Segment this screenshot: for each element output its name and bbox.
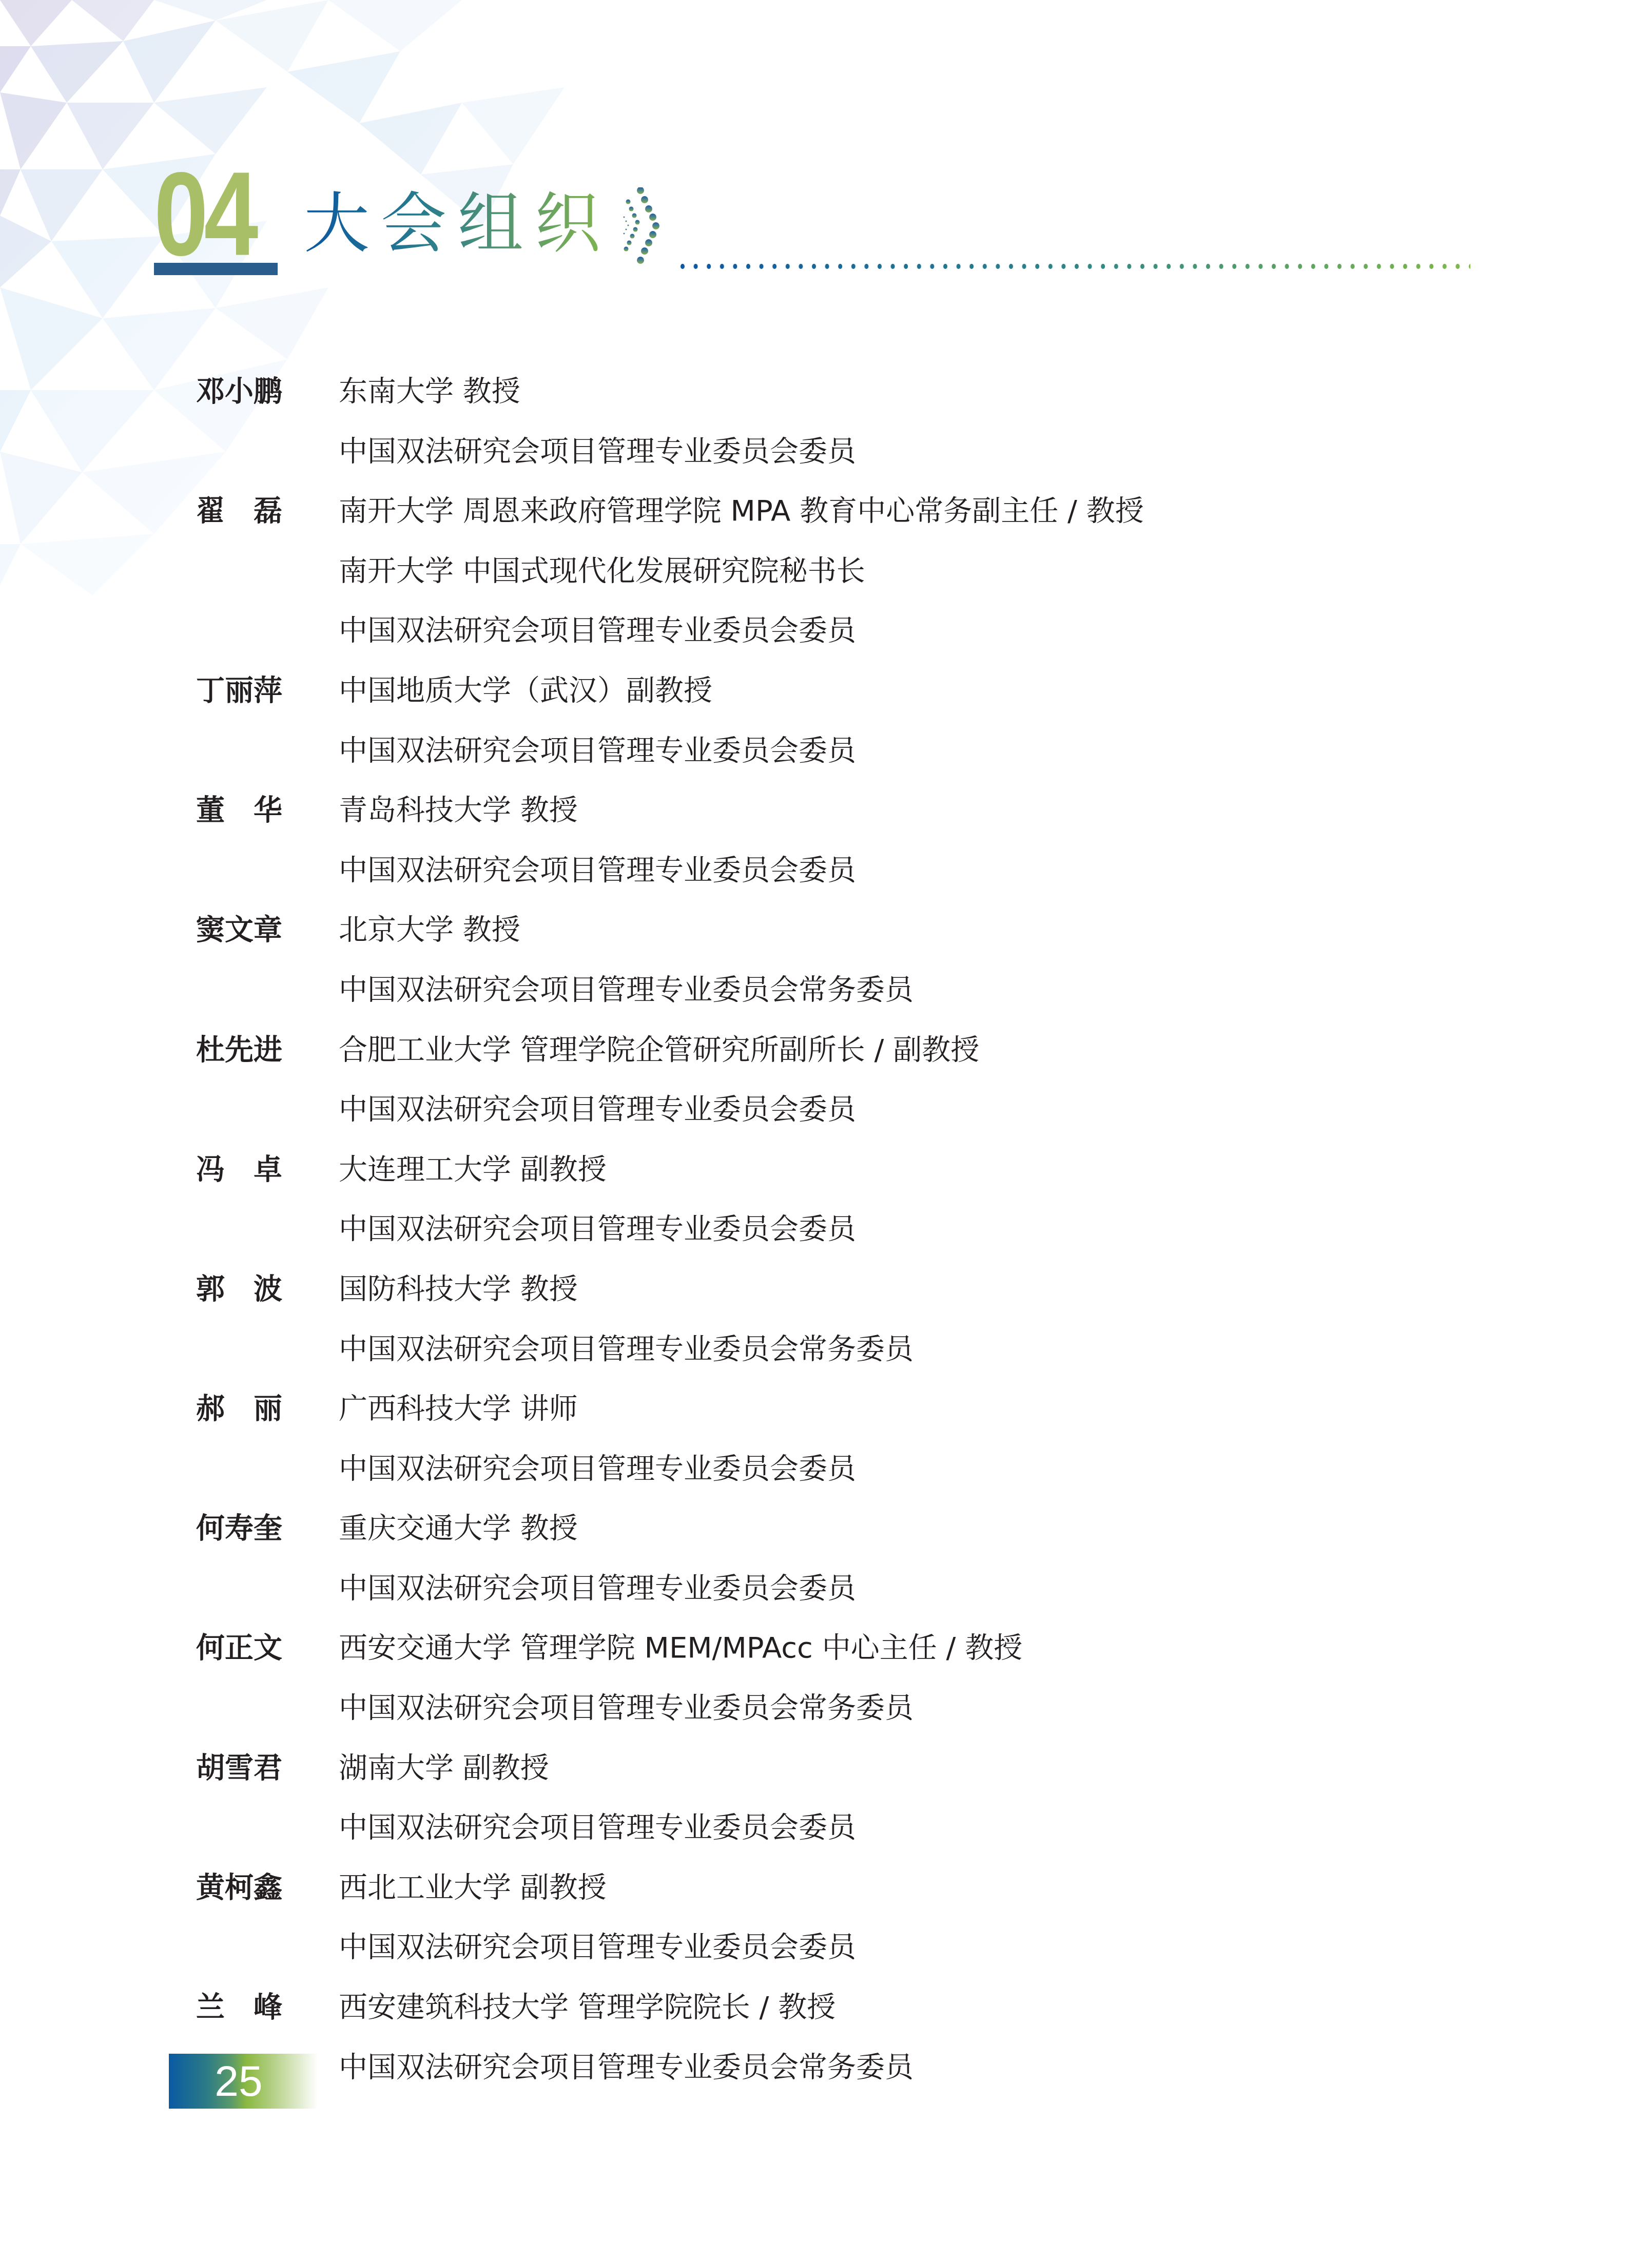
- member-affiliation: 中国双法研究会项目管理专业委员会委员: [339, 841, 856, 900]
- page-number: 25: [169, 2054, 318, 2109]
- member-affiliation: 中国双法研究会项目管理专业委员会常务委员: [339, 960, 914, 1020]
- member-name: 翟 磊: [196, 481, 288, 541]
- member-name: 冯 卓: [196, 1140, 288, 1200]
- member-name: 丁丽萍: [196, 661, 288, 721]
- member-affiliation: 中国双法研究会项目管理专业委员会委员: [339, 1439, 856, 1499]
- member-name: 杜先进: [196, 1020, 288, 1080]
- member-name: 何寿奎: [196, 1499, 288, 1558]
- member-affiliation: 国防科技大学 教授: [339, 1260, 578, 1319]
- member-name: 黄柯鑫: [196, 1858, 288, 1918]
- member-affiliation: 中国双法研究会项目管理专业委员会委员: [339, 1200, 856, 1259]
- member-affiliation: 西安建筑科技大学 管理学院院长 / 教授: [339, 1978, 835, 2037]
- member-name: 董 华: [196, 781, 288, 840]
- member-affiliation: 广西科技大学 讲师: [339, 1379, 578, 1439]
- member-affiliation: 南开大学 中国式现代化发展研究院秘书长: [339, 542, 865, 601]
- member-affiliation: 中国双法研究会项目管理专业委员会常务委员: [339, 1320, 914, 1379]
- member-affiliation: 合肥工业大学 管理学院企管研究所副所长 / 副教授: [339, 1020, 979, 1080]
- member-name: 郝 丽: [196, 1379, 288, 1439]
- member-affiliation: 中国地质大学（武汉）副教授: [339, 661, 712, 721]
- member-affiliation: 中国双法研究会项目管理专业委员会常务委员: [339, 1678, 914, 1738]
- member-name: 郭 波: [196, 1260, 288, 1319]
- member-affiliation: 中国双法研究会项目管理专业委员会委员: [339, 1798, 856, 1858]
- member-affiliation: 西北工业大学 副教授: [339, 1858, 607, 1918]
- member-affiliation: 中国双法研究会项目管理专业委员会委员: [339, 422, 856, 481]
- section-title: 大会组织: [304, 186, 612, 263]
- section-number: 04: [154, 163, 256, 266]
- member-affiliation: 中国双法研究会项目管理专业委员会委员: [339, 721, 856, 781]
- member-name: 何正文: [196, 1618, 288, 1678]
- member-affiliation: 东南大学 教授: [339, 362, 520, 421]
- member-affiliation: 中国双法研究会项目管理专业委员会委员: [339, 1918, 856, 1977]
- member-affiliation: 青岛科技大学 教授: [339, 781, 578, 840]
- member-affiliation: 西安交通大学 管理学院 MEM/MPAcc 中心主任 / 教授: [339, 1618, 1022, 1678]
- page-number-badge: 25: [169, 2054, 318, 2109]
- member-affiliation: 北京大学 教授: [339, 900, 520, 960]
- member-name: 胡雪君: [196, 1739, 288, 1798]
- dotted-chevron-icon: [615, 187, 676, 264]
- member-affiliation: 中国双法研究会项目管理专业委员会常务委员: [339, 2038, 914, 2097]
- section-number-underline: [154, 263, 278, 275]
- member-affiliation: 湖南大学 副教授: [339, 1739, 549, 1798]
- member-affiliation: 大连理工大学 副教授: [339, 1140, 607, 1200]
- dotted-divider: [680, 263, 1470, 270]
- member-name: 邓小鹏: [196, 362, 288, 421]
- member-name: 兰 峰: [196, 1978, 288, 2037]
- member-affiliation: 中国双法研究会项目管理专业委员会委员: [339, 1559, 856, 1618]
- member-affiliation: 中国双法研究会项目管理专业委员会委员: [339, 601, 856, 661]
- member-name: 窦文章: [196, 900, 288, 960]
- member-affiliation: 南开大学 周恩来政府管理学院 MPA 教育中心常务副主任 / 教授: [339, 481, 1144, 541]
- member-affiliation: 重庆交通大学 教授: [339, 1499, 578, 1558]
- member-affiliation: 中国双法研究会项目管理专业委员会委员: [339, 1080, 856, 1140]
